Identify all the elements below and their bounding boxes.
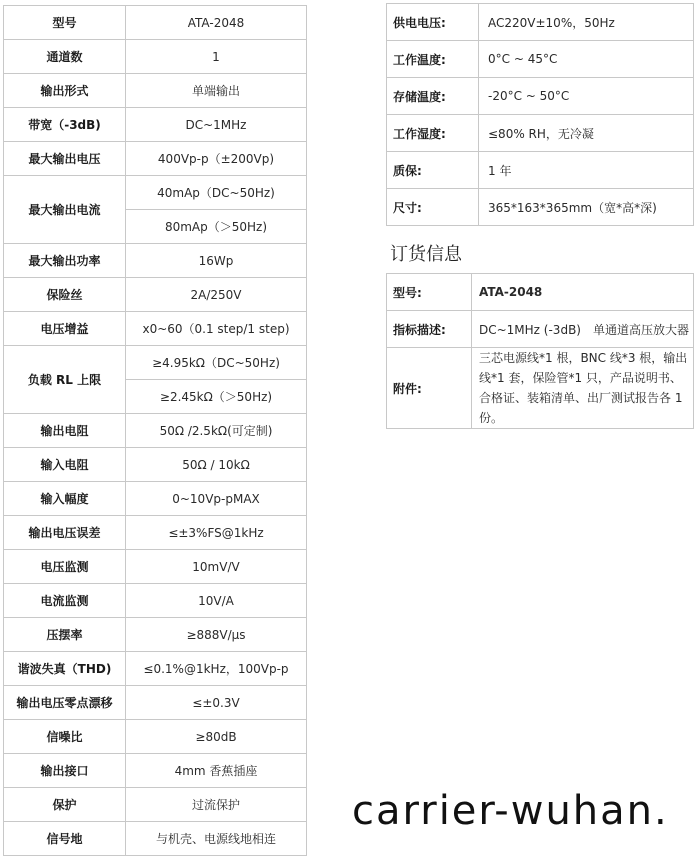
row-label: 信号地	[4, 822, 126, 856]
row-label: 带宽（-3dB)	[4, 108, 126, 142]
order-info-heading: 订货信息	[390, 240, 462, 266]
table-row: 尺寸: 365*163*365mm（宽*高*深)	[387, 189, 694, 226]
row-label: 输出电阻	[4, 414, 126, 448]
row-value: ATA-2048	[472, 274, 694, 311]
row-label: 存储温度:	[387, 78, 479, 115]
row-label: 输入幅度	[4, 482, 126, 516]
row-value: ≤±3%FS@1kHz	[126, 516, 307, 550]
row-label: 保护	[4, 788, 126, 822]
table-row: 型号 ATA-2048	[4, 6, 307, 40]
row-value: 过流保护	[126, 788, 307, 822]
row-value: 4mm 香蕉插座	[126, 754, 307, 788]
row-value: 40mAp（DC~50Hz)	[126, 176, 307, 210]
table-row: 负载 RL 上限 ≥4.95kΩ（DC~50Hz)	[4, 346, 307, 380]
row-value: AC220V±10%，50Hz	[479, 4, 694, 41]
row-value: -20°C ~ 50°C	[479, 78, 694, 115]
row-label: 附件:	[387, 348, 472, 429]
table-row: 电压增益 x0~60（0.1 step/1 step)	[4, 312, 307, 346]
row-value: 10V/A	[126, 584, 307, 618]
table-row: 最大输出电流 40mAp（DC~50Hz)	[4, 176, 307, 210]
row-label: 保险丝	[4, 278, 126, 312]
table-row: 带宽（-3dB) DC~1MHz	[4, 108, 307, 142]
table-row: 输出电阻 50Ω /2.5kΩ(可定制)	[4, 414, 307, 448]
row-value: DC~1MHz (-3dB) 单通道高压放大器	[472, 311, 694, 348]
row-value: 单端输出	[126, 74, 307, 108]
table-row: 输入幅度 0~10Vp-pMAX	[4, 482, 307, 516]
row-value: 2A/250V	[126, 278, 307, 312]
row-value: 0~10Vp-pMAX	[126, 482, 307, 516]
row-value: 0°C ~ 45°C	[479, 41, 694, 78]
row-label: 最大输出功率	[4, 244, 126, 278]
row-value: 16Wp	[126, 244, 307, 278]
row-label: 电压监测	[4, 550, 126, 584]
row-value: ATA-2048	[126, 6, 307, 40]
watermark-text: carrier-wuhan.	[352, 788, 669, 834]
row-label: 通道数	[4, 40, 126, 74]
row-label: 指标描述:	[387, 311, 472, 348]
table-row: 质保: 1 年	[387, 152, 694, 189]
row-label: 输入电阻	[4, 448, 126, 482]
table-row: 保护 过流保护	[4, 788, 307, 822]
table-row: 压摆率 ≥888V/μs	[4, 618, 307, 652]
row-label: 输出形式	[4, 74, 126, 108]
row-value: x0~60（0.1 step/1 step)	[126, 312, 307, 346]
row-label: 输出电压误差	[4, 516, 126, 550]
row-value: ≥80dB	[126, 720, 307, 754]
table-row: 信噪比 ≥80dB	[4, 720, 307, 754]
row-label: 输出接口	[4, 754, 126, 788]
row-label: 尺寸:	[387, 189, 479, 226]
row-label: 型号	[4, 6, 126, 40]
table-row: 工作温度: 0°C ~ 45°C	[387, 41, 694, 78]
row-label: 型号:	[387, 274, 472, 311]
row-value: ≥4.95kΩ（DC~50Hz)	[126, 346, 307, 380]
row-value: 50Ω / 10kΩ	[126, 448, 307, 482]
row-value: ≥2.45kΩ（＞50Hz)	[126, 380, 307, 414]
table-row: 最大输出功率 16Wp	[4, 244, 307, 278]
table-row: 信号地 与机壳、电源线地相连	[4, 822, 307, 856]
table-row: 存储温度: -20°C ~ 50°C	[387, 78, 694, 115]
spec-table: 型号 ATA-2048 通道数 1 输出形式 单端输出 带宽（-3dB) DC~…	[3, 5, 307, 856]
row-label: 最大输出电压	[4, 142, 126, 176]
table-row: 最大输出电压 400Vp-p（±200Vp)	[4, 142, 307, 176]
row-value: 1	[126, 40, 307, 74]
table-row: 附件: 三芯电源线*1 根，BNC 线*3 根，输出线*1 套，保险管*1 只，…	[387, 348, 694, 429]
row-value: 400Vp-p（±200Vp)	[126, 142, 307, 176]
row-value: 与机壳、电源线地相连	[126, 822, 307, 856]
table-row: 电压监测 10mV/V	[4, 550, 307, 584]
environment-table: 供电电压: AC220V±10%，50Hz 工作温度: 0°C ~ 45°C 存…	[386, 3, 694, 226]
row-label: 工作温度:	[387, 41, 479, 78]
order-info-table: 型号: ATA-2048 指标描述: DC~1MHz (-3dB) 单通道高压放…	[386, 273, 694, 429]
row-label: 供电电压:	[387, 4, 479, 41]
row-value: ≤±0.3V	[126, 686, 307, 720]
row-value: 50Ω /2.5kΩ(可定制)	[126, 414, 307, 448]
row-label: 负载 RL 上限	[4, 346, 126, 414]
row-value: 三芯电源线*1 根，BNC 线*3 根，输出线*1 套，保险管*1 只，产品说明…	[472, 348, 694, 429]
row-label: 工作湿度:	[387, 115, 479, 152]
row-label: 压摆率	[4, 618, 126, 652]
row-label: 质保:	[387, 152, 479, 189]
row-label: 电压增益	[4, 312, 126, 346]
table-row: 工作湿度: ≤80% RH，无冷凝	[387, 115, 694, 152]
table-row: 电流监测 10V/A	[4, 584, 307, 618]
table-row: 通道数 1	[4, 40, 307, 74]
row-value: 365*163*365mm（宽*高*深)	[479, 189, 694, 226]
table-row: 供电电压: AC220V±10%，50Hz	[387, 4, 694, 41]
row-label: 电流监测	[4, 584, 126, 618]
table-row: 输入电阻 50Ω / 10kΩ	[4, 448, 307, 482]
table-row: 指标描述: DC~1MHz (-3dB) 单通道高压放大器	[387, 311, 694, 348]
row-label: 输出电压零点漂移	[4, 686, 126, 720]
row-value: ≥888V/μs	[126, 618, 307, 652]
table-row: 保险丝 2A/250V	[4, 278, 307, 312]
table-row: 输出形式 单端输出	[4, 74, 307, 108]
row-label: 最大输出电流	[4, 176, 126, 244]
row-value: DC~1MHz	[126, 108, 307, 142]
row-label: 信噪比	[4, 720, 126, 754]
table-row: 输出电压误差 ≤±3%FS@1kHz	[4, 516, 307, 550]
row-value: 1 年	[479, 152, 694, 189]
table-row: 输出电压零点漂移 ≤±0.3V	[4, 686, 307, 720]
row-value: 80mAp（＞50Hz)	[126, 210, 307, 244]
row-value: ≤80% RH，无冷凝	[479, 115, 694, 152]
row-value: 10mV/V	[126, 550, 307, 584]
table-row: 输出接口 4mm 香蕉插座	[4, 754, 307, 788]
row-label: 谐波失真（THD)	[4, 652, 126, 686]
table-row: 型号: ATA-2048	[387, 274, 694, 311]
table-row: 谐波失真（THD) ≤0.1%@1kHz，100Vp-p	[4, 652, 307, 686]
row-value: ≤0.1%@1kHz，100Vp-p	[126, 652, 307, 686]
